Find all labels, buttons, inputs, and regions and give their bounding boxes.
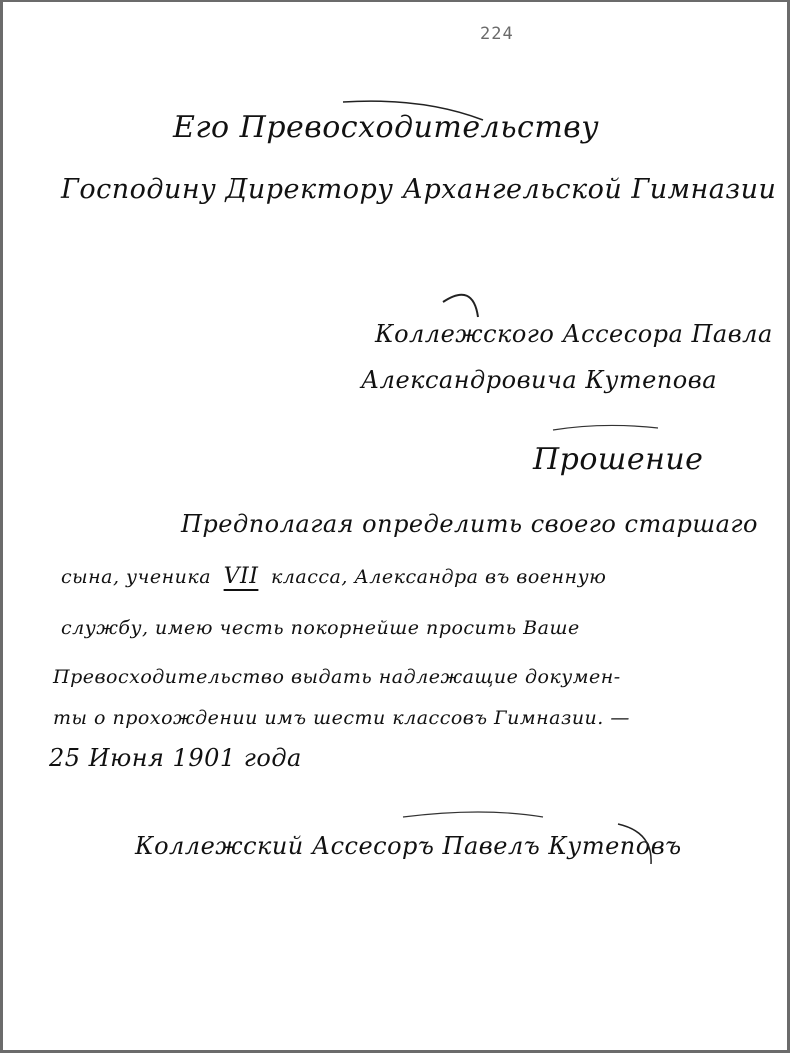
address-line-2: Господину Директору Архангельской Гимназ… [61, 174, 776, 205]
address-line-1: Его Превосходительству [173, 110, 599, 145]
body-line-5: ты о прохождении имъ шести классовъ Гимн… [53, 707, 630, 729]
body-line-2: сына, ученика VII класса, Александра въ … [61, 564, 606, 589]
sender-line-2: Александровича Кутепова [361, 366, 717, 394]
body-line-2-start: сына, ученика [61, 566, 211, 588]
petition-heading: Прошение [533, 442, 703, 477]
body-line-1: Предполагая определить своего старшаго [181, 510, 758, 538]
sender-line-1: Коллежского Ассесора Павла [375, 320, 773, 348]
date-line: 25 Июня 1901 года [49, 744, 302, 772]
document-page: 224 Его Превосходительству Господину Дир… [0, 0, 790, 1053]
body-line-3: службу, имею честь покорнейше просить Ва… [61, 617, 580, 639]
page-number-stamp: 224 [480, 24, 514, 44]
class-number: VII [224, 564, 259, 589]
signature: Коллежский Ассесоръ Павелъ Кутеповъ [135, 832, 682, 860]
body-line-2-end: класса, Александра въ военную [271, 566, 606, 588]
body-line-4: Превосходительство выдать надлежащие док… [53, 666, 621, 688]
